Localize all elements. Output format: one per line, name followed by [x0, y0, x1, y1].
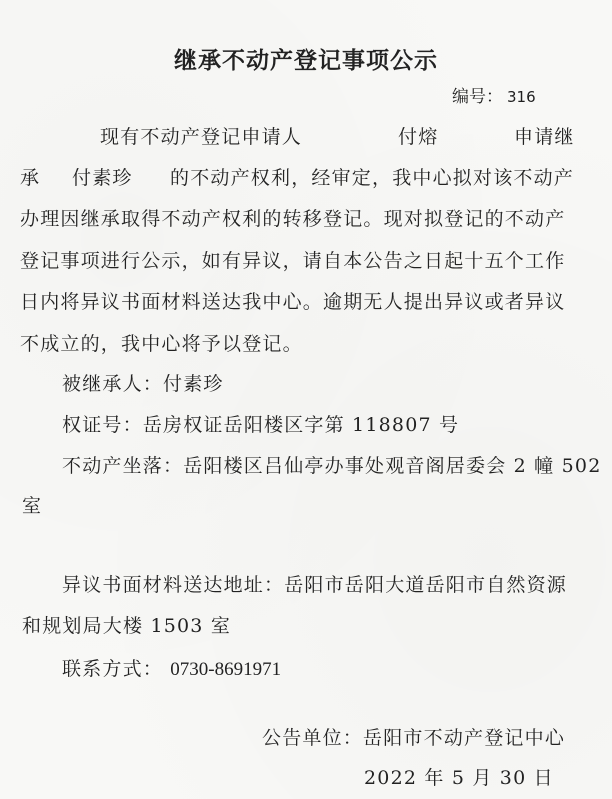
decedent-inline: 付素珍: [72, 163, 133, 190]
body-line-1: 现有不动产登记申请人: [100, 122, 302, 149]
body-line-1-suffix: 申请继: [514, 122, 575, 149]
contact-field: 联系方式： 0730-8691971: [62, 654, 281, 681]
body-line-5: 日内将异议书面材料送达我中心。逾期无人提出异议或者异议: [20, 287, 565, 314]
issuer-field: 公告单位：岳阳市不动产登记中心: [262, 723, 565, 750]
contact-phone: 0730-8691971: [170, 659, 281, 680]
decedent-value: 付素珍: [163, 373, 224, 395]
location-label: 不动产坐落：: [62, 455, 183, 477]
objection-address-value: 岳阳市岳阳大道岳阳市自然资源: [284, 574, 567, 596]
serial-value: 316: [507, 88, 536, 106]
applicant-name: 付熔: [398, 122, 438, 149]
body-line-2-suffix: 的不动产权利，经审定，我中心拟对该不动产: [170, 163, 574, 190]
objection-address-label: 异议书面材料送达地址：: [62, 574, 284, 596]
certificate-value: 岳房权证岳阳楼区字第 118807 号: [143, 414, 459, 436]
serial-number: 编号：316: [452, 82, 536, 107]
decedent-field: 被继承人：付素珍: [62, 369, 224, 396]
certificate-label: 权证号：: [62, 414, 143, 436]
certificate-field: 权证号：岳房权证岳阳楼区字第 118807 号: [62, 410, 459, 437]
objection-address-field: 异议书面材料送达地址：岳阳市岳阳大道岳阳市自然资源: [62, 570, 567, 597]
issuer-label: 公告单位：: [262, 727, 363, 749]
objection-address-cont: 和规划局大楼 1503 室: [22, 611, 231, 638]
document-title: 继承不动产登记事项公示: [0, 42, 612, 75]
issue-date: 2022 年 5 月 30 日: [364, 763, 554, 790]
location-field: 不动产坐落：岳阳楼区吕仙亭办事处观音阁居委会 2 幢 502: [62, 451, 601, 478]
body-text: 现有不动产登记申请人: [100, 126, 302, 148]
decedent-label: 被继承人：: [62, 373, 163, 395]
body-line-4: 登记事项进行公示，如有异议，请自本公告之日起十五个工作: [20, 246, 565, 273]
body-line-6: 不成立的，我中心将予以登记。: [20, 329, 303, 356]
serial-label: 编号：: [452, 87, 503, 107]
location-value-cont: 室: [22, 491, 42, 518]
issuer-value: 岳阳市不动产登记中心: [363, 727, 565, 749]
document-page: 继承不动产登记事项公示 编号：316 现有不动产登记申请人 付熔 申请继 承 付…: [0, 0, 612, 799]
body-line-2-prefix: 承: [20, 163, 40, 190]
location-value: 岳阳楼区吕仙亭办事处观音阁居委会 2 幢 502: [183, 455, 601, 477]
body-line-3: 办理因继承取得不动产权利的转移登记。现对拟登记的不动产: [20, 204, 565, 231]
contact-label: 联系方式：: [62, 658, 163, 680]
